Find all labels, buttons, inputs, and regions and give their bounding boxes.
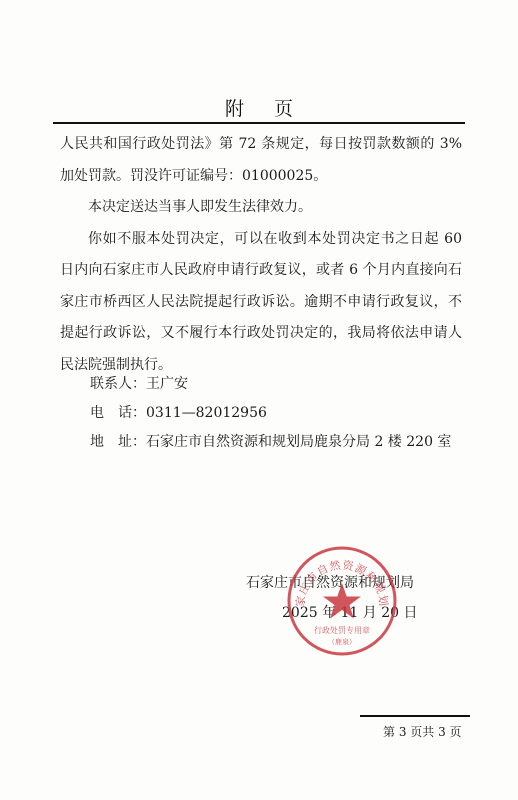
contact-person-value: 王广安 [146,376,188,392]
contact-address-label: 地 址： [90,428,146,457]
page-indicator: 第 3 页共 3 页 [383,723,462,740]
paragraph-appeal-rights: 你如不服本处罚决定，可以在收到本处罚决定书之日起 60 日内向石家庄市人民政府申… [60,224,462,382]
contact-address-row: 地 址：石家庄市自然资源和规划局鹿泉分局 2 楼 220 室 [90,428,451,457]
contact-block: 联系人：王广安 电 话：0311—82012956 地 址：石家庄市自然资源和规… [90,370,451,457]
contact-phone-row: 电 话：0311—82012956 [90,399,451,428]
seal-center-text: 行政处罚专用章 [314,625,370,635]
document-page: 附页 人民共和国行政处罚法》第 72 条规定，每日按罚款数额的 3%加处罚款。罚… [0,0,518,800]
body-text: 人民共和国行政处罚法》第 72 条规定，每日按罚款数额的 3%加处罚款。罚没许可… [60,129,462,381]
contact-person-row: 联系人：王广安 [90,370,451,399]
seal-sub-text: （鹿泉） [328,637,356,646]
page-title: 附页 [0,94,518,121]
title-divider [53,122,465,124]
seal-star-icon [323,583,361,619]
footer-divider [360,715,470,717]
official-seal-icon: 石家庄市自然资源和规划局 行政处罚专用章 （鹿泉） [286,545,398,657]
contact-phone-value: 0311—82012956 [146,405,267,421]
paragraph-penalty-clause: 人民共和国行政处罚法》第 72 条规定，每日按罚款数额的 3%加处罚款。罚没许可… [60,129,462,192]
contact-address-value: 石家庄市自然资源和规划局鹿泉分局 2 楼 220 室 [146,434,451,450]
contact-phone-label: 电 话： [90,399,146,428]
contact-person-label: 联系人： [90,370,146,399]
paragraph-effectiveness: 本决定送达当事人即发生法律效力。 [60,192,462,224]
